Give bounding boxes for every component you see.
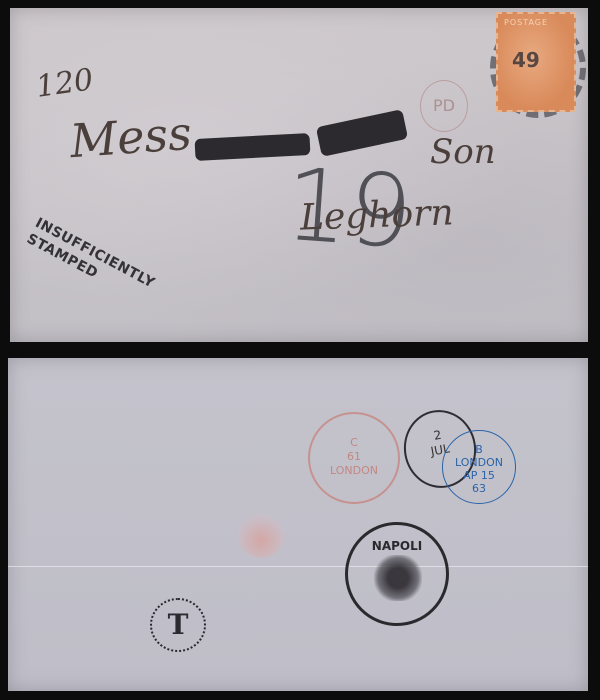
naples-cds-text: NAPOLI [348,539,446,553]
blue-cds-line: B [443,443,515,456]
blue-cds-line: 63 [443,482,515,495]
t-tax-handstamp: T [150,598,206,652]
red-cds-line: LONDON [310,464,398,478]
red-cds-line: C [310,436,398,450]
t-letter: T [168,608,189,641]
stamp-label: POSTAGE [504,18,548,27]
fold-line [8,566,588,567]
naples-cds-center [374,555,422,601]
red-london-cds: C 61 LONDON [308,412,400,504]
red-cds-line: 61 [310,450,398,464]
blue-cds-line: LONDON [443,456,515,469]
blue-london-cds: B LONDON AP 15 63 [442,430,516,504]
cancel-number: 49 [512,48,540,72]
address-line-1: Mess [68,106,193,168]
wax-seal [238,514,284,558]
naples-cds: NAPOLI [345,522,449,626]
address-line-2: Son [430,132,496,172]
blue-cds-line: AP 15 [443,469,515,482]
pd-handstamp: PD [420,80,468,132]
cover-back [8,358,588,691]
address-line-3: Leghorn [299,192,454,238]
